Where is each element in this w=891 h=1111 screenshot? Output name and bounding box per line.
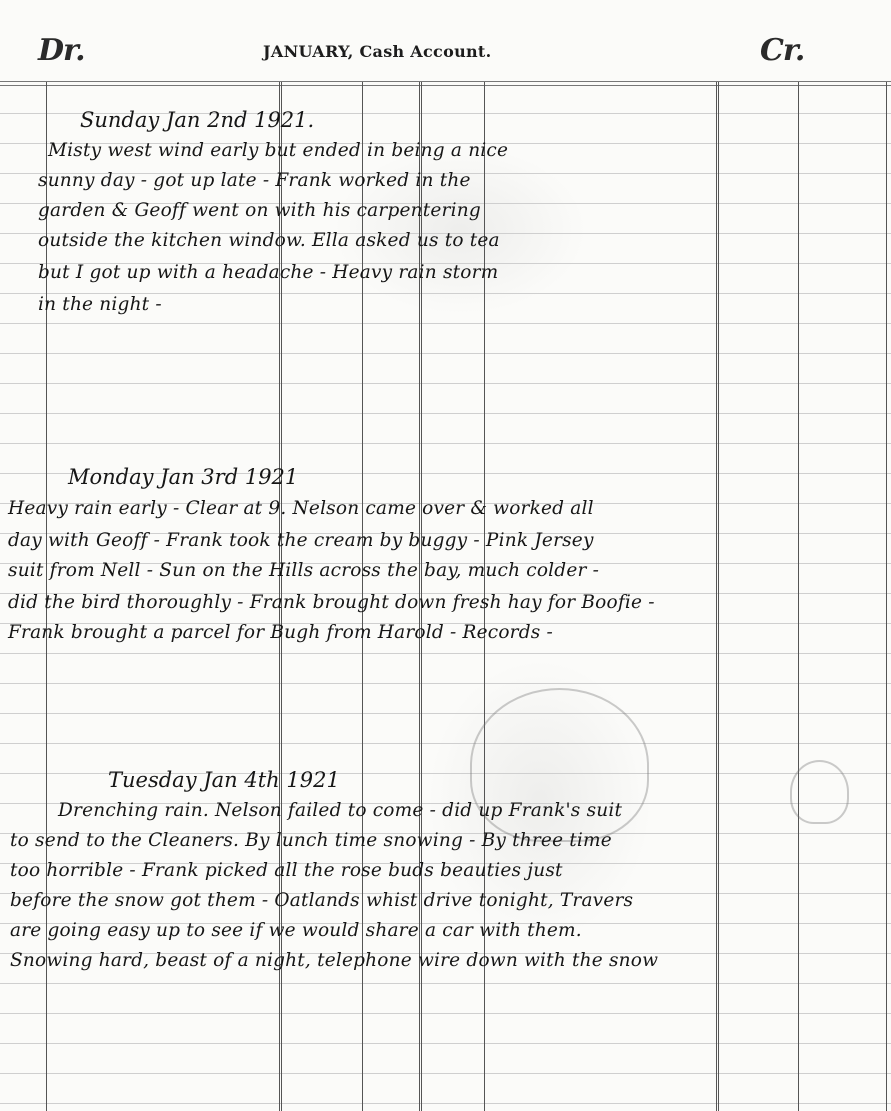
entry-line: to send to the Cleaners. By lunch time s… — [10, 830, 612, 851]
page-title: JANUARY, Cash Account. — [263, 42, 492, 61]
entry-line: are going easy up to see if we would sha… — [10, 920, 582, 941]
entry-line: too horrible - Frank picked all the rose… — [10, 860, 563, 881]
debit-label: Dr. — [38, 33, 85, 68]
header-rule — [0, 81, 891, 86]
entry-line: Drenching rain. Nelson failed to come - … — [58, 800, 622, 821]
page-header: Dr. JANUARY, Cash Account. Cr. — [0, 30, 891, 80]
entry-line: but I got up with a headache - Heavy rai… — [38, 262, 498, 283]
ledger-page: Dr. JANUARY, Cash Account. Cr. Sunday Ja… — [0, 0, 891, 1111]
entry-line: Snowing hard, beast of a night, telephon… — [10, 950, 658, 971]
entry-line: Heavy rain early - Clear at 9. Nelson ca… — [8, 498, 594, 519]
entry-line: suit from Nell - Sun on the Hills across… — [8, 560, 599, 581]
entry-line: in the night - — [38, 294, 162, 315]
entry-line: sunny day - got up late - Frank worked i… — [38, 170, 471, 191]
entry-line: Frank brought a parcel for Bugh from Har… — [8, 622, 553, 643]
credit-label: Cr. — [760, 33, 804, 68]
entry-line: Misty west wind early but ended in being… — [48, 140, 508, 161]
column-rule — [886, 82, 887, 1111]
entry-line: day with Geoff - Frank took the cream by… — [8, 530, 594, 551]
entry-line: did the bird thoroughly - Frank brought … — [8, 592, 655, 613]
pencil-sketch — [790, 760, 849, 824]
column-rule — [716, 82, 719, 1111]
entry-date: Sunday Jan 2nd 1921. — [80, 108, 314, 132]
column-rule — [798, 82, 799, 1111]
entry-line: before the snow got them - Oatlands whis… — [10, 890, 633, 911]
entry-line: outside the kitchen window. Ella asked u… — [38, 230, 500, 251]
entry-date: Tuesday Jan 4th 1921 — [108, 768, 340, 792]
entry-date: Monday Jan 3rd 1921 — [68, 465, 298, 489]
entry-line: garden & Geoff went on with his carpente… — [38, 200, 481, 221]
